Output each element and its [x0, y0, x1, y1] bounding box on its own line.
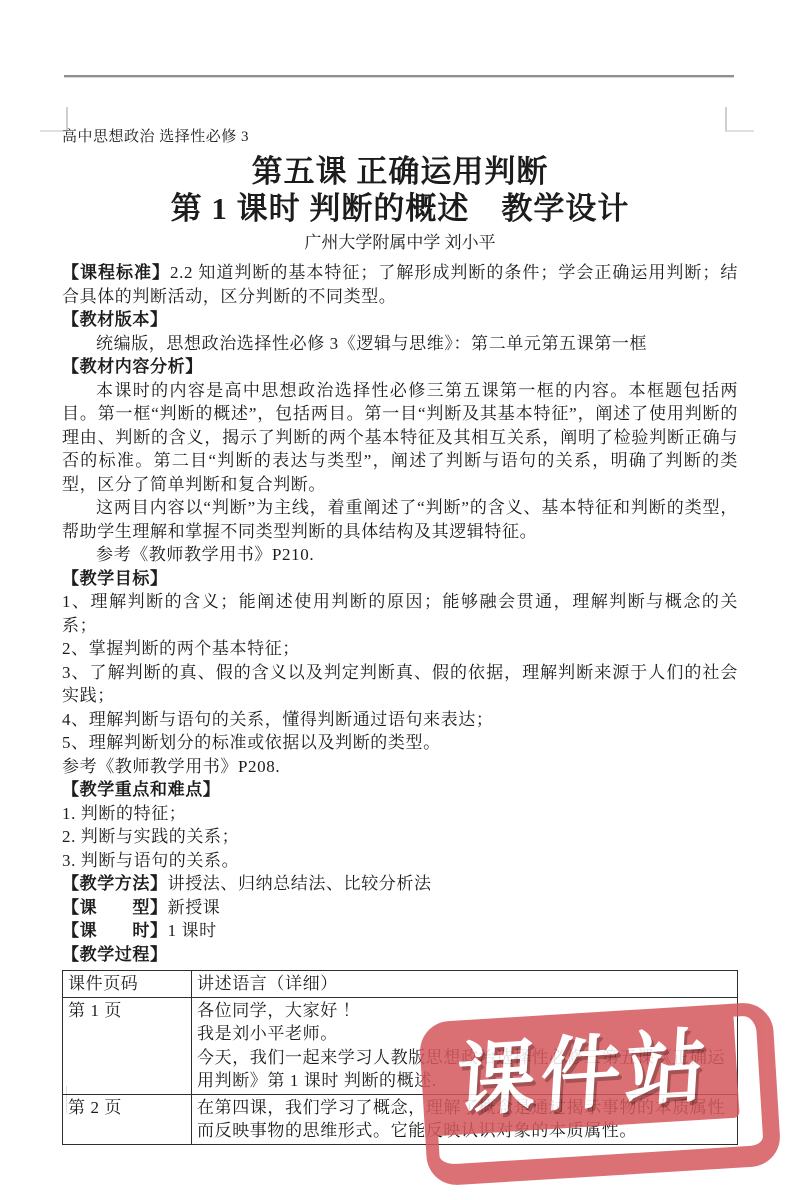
- section-label: 【教材版本】: [62, 310, 168, 329]
- section-label: 【教学重点和难点】: [62, 780, 220, 799]
- document-content: 高中思想政治 选择性必修 3 第五课 正确运用判断 第 1 课时 判断的概述 教…: [62, 0, 738, 1145]
- section-paragraph: 【课 时】1 课时: [62, 919, 738, 943]
- section-text: 5、理解判断划分的标准或依据以及判断的类型。: [62, 733, 441, 752]
- section-label: 【课 时】: [62, 921, 168, 940]
- section-paragraph: 2. 判断与实践的关系；: [62, 825, 738, 849]
- section-heading: 【教材内容分析】: [62, 355, 738, 379]
- section-label: 【教材内容分析】: [62, 357, 203, 376]
- section-label: 【教学过程】: [62, 945, 168, 964]
- section-paragraph: 统编版，思想政治选择性必修 3《逻辑与思维》：第二单元第五课第一框: [62, 332, 738, 356]
- page-subtitle: 第 1 课时 判断的概述 教学设计: [62, 190, 738, 228]
- section-paragraph: 4、理解判断与语句的关系，懂得判断通过语句来表达；: [62, 708, 738, 732]
- cell-page-number: 第 2 页: [63, 1094, 192, 1144]
- section-heading: 【教材版本】: [62, 308, 738, 332]
- section-text: 3. 判断与语句的关系。: [62, 851, 239, 870]
- section-label: 【课程标准】: [62, 263, 170, 282]
- page-title: 第五课 正确运用判断: [62, 153, 738, 190]
- section-label: 【课 型】: [62, 898, 168, 917]
- section-text: 参考《教师教学用书》P208.: [62, 757, 280, 776]
- section-label: 【教学方法】: [62, 874, 168, 893]
- section-text: 参考《教师教学用书》P210.: [96, 545, 314, 564]
- section-paragraph: 这两目内容以“判断”为主线，着重阐述了“判断”的含义、基本特征和判断的类型，帮助…: [62, 496, 738, 543]
- section-paragraph: 3. 判断与语句的关系。: [62, 849, 738, 873]
- section-paragraph: 参考《教师教学用书》P208.: [62, 755, 738, 779]
- course-label: 高中思想政治 选择性必修 3: [62, 127, 738, 147]
- cell-page-number: 第 1 页: [63, 997, 192, 1094]
- section-text: 新授课: [168, 898, 221, 917]
- stamp-band: 课件站: [426, 1012, 740, 1137]
- table-header-page: 课件页码: [63, 971, 192, 998]
- section-text: 4、理解判断与语句的关系，懂得判断通过语句来表达；: [62, 710, 494, 729]
- section-text: 1. 判断的特征；: [62, 804, 186, 823]
- section-paragraph: 3、了解判断的真、假的含义以及判定判断真、假的依据，理解判断来源于人们的社会实践…: [62, 661, 738, 708]
- section-heading: 【教学重点和难点】: [62, 778, 738, 802]
- section-text: 本课时的内容是高中思想政治选择性必修三第五课第一框的内容。本框题包括两目。第一框…: [62, 381, 738, 494]
- section-text: 这两目内容以“判断”为主线，着重阐述了“判断”的含义、基本特征和判断的类型，帮助…: [62, 498, 738, 541]
- author-line: 广州大学附属中学 刘小平: [62, 231, 738, 255]
- section-paragraph: 【课 型】新授课: [62, 896, 738, 920]
- watermark-stamp: 课件站: [418, 1001, 781, 1186]
- section-paragraph: 1、理解判断的含义；能阐述使用判断的原因；能够融会贯通，理解判断与概念的关系；: [62, 590, 738, 637]
- section-text: 2、掌握判断的两个基本特征；: [62, 639, 300, 658]
- section-paragraph: 本课时的内容是高中思想政治选择性必修三第五课第一框的内容。本框题包括两目。第一框…: [62, 379, 738, 497]
- section-heading: 【教学过程】: [62, 943, 738, 967]
- body-sections: 【课程标准】2.2 知道判断的基本特征；了解形成判断的条件；学会正确运用判断；结…: [62, 261, 738, 966]
- section-text: 统编版，思想政治选择性必修 3《逻辑与思维》：第二单元第五课第一框: [96, 334, 647, 353]
- section-text: 2. 判断与实践的关系；: [62, 827, 239, 846]
- section-paragraph: 【课程标准】2.2 知道判断的基本特征；了解形成判断的条件；学会正确运用判断；结…: [62, 261, 738, 308]
- section-text: 1 课时: [168, 921, 217, 940]
- section-paragraph: 2、掌握判断的两个基本特征；: [62, 637, 738, 661]
- section-heading: 【教学目标】: [62, 567, 738, 591]
- section-paragraph: 5、理解判断划分的标准或依据以及判断的类型。: [62, 731, 738, 755]
- section-text: 1、理解判断的含义；能阐述使用判断的原因；能够融会贯通，理解判断与概念的关系；: [62, 592, 738, 635]
- stamp-text: 课件站: [453, 1026, 712, 1122]
- section-text: 3、了解判断的真、假的含义以及判定判断真、假的依据，理解判断来源于人们的社会实践…: [62, 663, 738, 706]
- table-header-row: 课件页码讲述语言（详细）: [63, 971, 738, 998]
- document-page: 高中思想政治 选择性必修 3 第五课 正确运用判断 第 1 课时 判断的概述 教…: [0, 0, 800, 1200]
- section-text: 讲授法、归纳总结法、比较分析法: [168, 874, 432, 893]
- table-header-script: 讲述语言（详细）: [192, 971, 738, 998]
- section-paragraph: 1. 判断的特征；: [62, 802, 738, 826]
- section-label: 【教学目标】: [62, 569, 168, 588]
- section-paragraph: 【教学方法】讲授法、归纳总结法、比较分析法: [62, 872, 738, 896]
- section-paragraph: 参考《教师教学用书》P210.: [62, 543, 738, 567]
